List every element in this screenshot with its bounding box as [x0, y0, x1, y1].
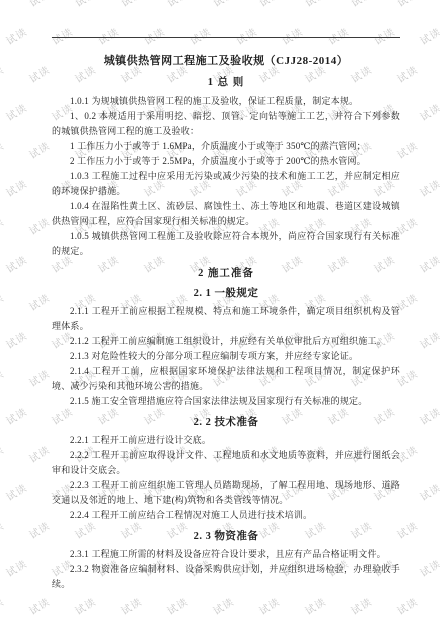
doc-paragraph: 1.0.5 城镇供热管网工程施工及验收除应符合本规外，尚应符合国家现行有关标准的…	[52, 229, 400, 259]
doc-paragraph: 2.2.3 工程开工前应组织施工管理人员踏勘现场，了解工程用地、现场地形、道路交…	[52, 478, 400, 508]
doc-paragraph: 2.3.2 物资准备应编制材料、设备采购供应计划，并应组织进场检验，办理验收手续…	[52, 562, 400, 592]
watermark-text: 试读	[164, 593, 191, 617]
document-page: 试读试读试读试读试读试读试读试读试读试读试读试读试读试读试读试读试读试读试读试读…	[0, 0, 440, 620]
doc-paragraph: 1.0.1 为规城镇供热管网工程的施工及验收，保证工程质量，制定本规。	[52, 94, 400, 109]
watermark-text: 试读	[348, 593, 375, 617]
doc-paragraph: 2.2.2 工程开工前应取得设计文件、工程地质和水文地质等资料，并应进行图纸会审…	[52, 448, 400, 478]
doc-paragraph: 2.1.4 工程开工前，应根据国家环境保护法律法规和工程项目情况，制定保护环境、…	[52, 364, 400, 394]
doc-paragraph: 2.1.3 对危险性较大的分部分项工程应编制专项方案，并应经专家论证。	[52, 349, 400, 364]
document-content: 城镇供热管网工程施工及验收规（CJJ28-2014） 1 总 则1.0.1 为规…	[0, 0, 440, 592]
watermark-text: 试读	[302, 593, 329, 617]
doc-heading: 1 总 则	[52, 74, 400, 89]
header-rule	[52, 37, 400, 38]
document-title: 城镇供热管网工程施工及验收规（CJJ28-2014）	[52, 52, 400, 68]
watermark-text: 试读	[118, 593, 145, 617]
doc-paragraph: 2.3.1 工程施工所需的材料及设备应符合设计要求，且应有产品合格证明文件。	[52, 547, 400, 562]
doc-heading: 2. 3 物资准备	[52, 528, 400, 543]
doc-paragraph: 2.1.2 工程开工前应编制施工组织设计，并应经有关单位审批后方可组织施工。	[52, 334, 400, 349]
document-body: 1 总 则1.0.1 为规城镇供热管网工程的施工及验收，保证工程质量，制定本规。…	[52, 74, 400, 592]
doc-paragraph: 2.2.1 工程开工前应进行设计交底。	[52, 433, 400, 448]
doc-paragraph: 1.0.4 在湿陷性黄土区、流砂层、腐蚀性土、冻土等地区和地震、巷道区建设城镇供…	[52, 199, 400, 229]
watermark-text: 试读	[26, 593, 53, 617]
doc-paragraph: 2 工作压力小于或等于 2.5MPa，介质温度小于或等于 200℃的热水管网。	[52, 154, 400, 169]
watermark-text: 试读	[394, 593, 421, 617]
doc-paragraph: 1.0.3 工程施工过程中应采用无污染或减少污染的技术和施工工艺，并应制定相应的…	[52, 169, 400, 199]
doc-heading: 2. 2 技术准备	[52, 414, 400, 429]
watermark-text: 试读	[210, 593, 237, 617]
doc-paragraph: 2.1.1 工程开工前应根据工程规模、特点和施工环境条件，确定项目组织机构及管理…	[52, 304, 400, 334]
doc-paragraph: 2.2.4 工程开工前应结合工程情况对施工人员进行技术培训。	[52, 508, 400, 523]
watermark-text: 试读	[72, 593, 99, 617]
doc-paragraph: 1 工作压力小于或等于 1.6MPa，介质温度小于或等于 350℃的蒸汽管网；	[52, 139, 400, 154]
doc-heading: 2. 1 一般规定	[52, 285, 400, 300]
watermark-text: 试读	[0, 593, 6, 617]
doc-paragraph: 1、0.2 本规适用于采用明挖、暗挖、顶管、定向钻等施工工艺，并符合下列参数的城…	[52, 109, 400, 139]
doc-paragraph: 2.1.5 施工安全管理措施应符合国家法律法规及国家现行有关标准的规定。	[52, 394, 400, 409]
watermark-text: 试读	[256, 593, 283, 617]
doc-heading: 2 施工准备	[52, 265, 400, 280]
